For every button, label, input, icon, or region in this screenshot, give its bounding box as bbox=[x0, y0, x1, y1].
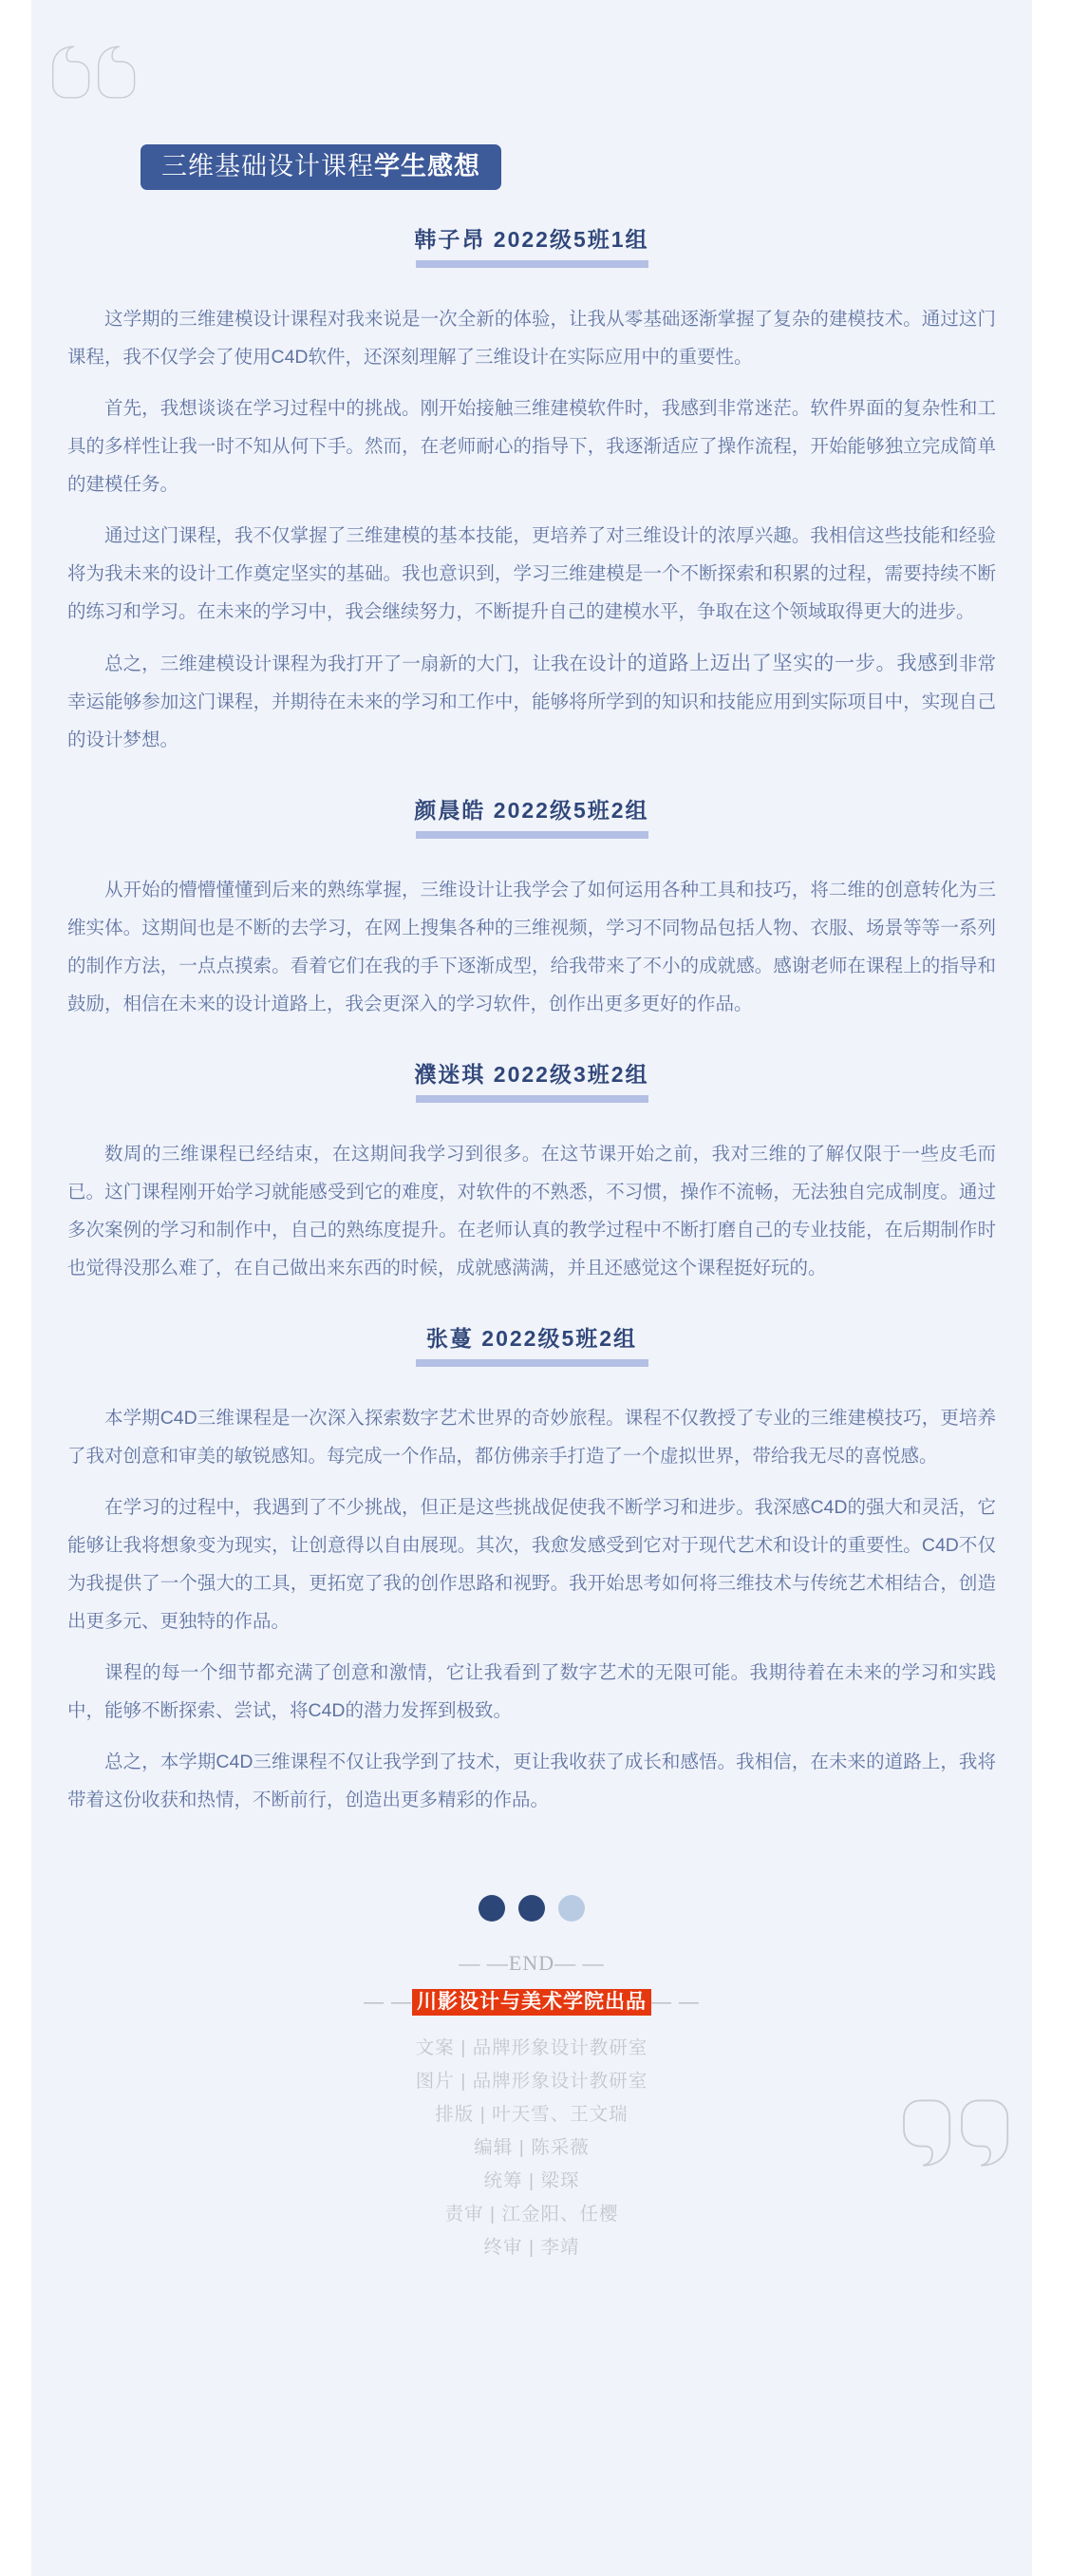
paragraph: 在学习的过程中，我遇到了不少挑战，但正是这些挑战促使我不断学习和进步。我深感C4… bbox=[67, 1488, 996, 1640]
paragraph: 总之，本学期C4D三维课程不仅让我学到了技术，更让我收获了成长和感悟。我相信，在… bbox=[67, 1743, 996, 1819]
article-page: 三维基础设计课程学生感想 韩子昂 2022级5班1组 这学期的三维建模设计课程对… bbox=[0, 0, 1070, 2576]
paragraph: 通过这门课程，我不仅掌握了三维建模的基本技能，更培养了对三维设计的浓厚兴趣。我相… bbox=[67, 517, 996, 631]
credit-copywriting: 文案 | 品牌形象设计教研室 bbox=[31, 2032, 1032, 2065]
dot-light bbox=[558, 1895, 585, 1922]
header-underline bbox=[416, 1359, 648, 1367]
credit-images: 图片 | 品牌形象设计教研室 bbox=[31, 2065, 1032, 2098]
paragraph: 本学期C4D三维课程是一次深入探索数字艺术世界的奇妙旅程。课程不仅教授了专业的三… bbox=[67, 1399, 996, 1475]
credit-editor: 编辑 | 陈采薇 bbox=[31, 2131, 1032, 2165]
end-divider: — —END— — bbox=[31, 1952, 1032, 1975]
dot-dark-1 bbox=[479, 1895, 505, 1922]
student-3-header: 濮迷琪 2022级3班2组 bbox=[31, 1061, 1032, 1103]
closing-pre: 总之，三维建模设计课程为我打开了一扇新的大门，让我在设 bbox=[104, 653, 607, 674]
student-2-name: 颜晨皓 2022级5班2组 bbox=[31, 797, 1032, 824]
credit-final-reviewer: 终审 | 李靖 bbox=[31, 2231, 1032, 2264]
content-panel: 三维基础设计课程学生感想 韩子昂 2022级5班1组 这学期的三维建模设计课程对… bbox=[31, 0, 1032, 2576]
student-1-name: 韩子昂 2022级5班1组 bbox=[31, 226, 1032, 253]
page-title-regular: 三维基础设计课程 bbox=[161, 152, 374, 180]
credits-list: 文案 | 品牌形象设计教研室 图片 | 品牌形象设计教研室 排版 | 叶天雪、王… bbox=[31, 2032, 1032, 2264]
pagination-dots bbox=[31, 1895, 1032, 1935]
page-title-badge: 三维基础设计课程学生感想 bbox=[141, 144, 501, 190]
page-title-bold: 学生感想 bbox=[374, 152, 480, 180]
student-3-text: 数周的三维课程已经结束，在这期间我学习到很多。在这节课开始之前，我对三维的了解仅… bbox=[67, 1135, 996, 1287]
section-student-2: 颜晨皓 2022级5班2组 从开始的懵懵懂懂到后来的熟练掌握，三维设计让我学会了… bbox=[31, 797, 1032, 1023]
header-underline bbox=[416, 831, 648, 839]
close-quote-icon bbox=[901, 2092, 1017, 2179]
production-dash-left: — — bbox=[364, 1991, 412, 2013]
paragraph: 课程的每一个细节都充满了创意和激情，它让我看到了数字艺术的无限可能。我期待着在未… bbox=[67, 1654, 996, 1730]
paragraph: 首先，我想谈谈在学习过程中的挑战。刚开始接触三维建模软件时，我感到非常迷茫。软件… bbox=[67, 389, 996, 503]
production-line: — —川影设计与美术学院出品— — bbox=[31, 1988, 1032, 2017]
header-underline bbox=[416, 1095, 648, 1103]
paragraph: 总之，三维建模设计课程为我打开了一扇新的大门，让我在设计的道路上迈出了坚实的一步… bbox=[67, 644, 996, 759]
student-4-header: 张蔓 2022级5班2组 bbox=[31, 1325, 1032, 1367]
section-student-1: 韩子昂 2022级5班1组 这学期的三维建模设计课程对我来说是一次全新的体验，让… bbox=[31, 226, 1032, 759]
student-1-header: 韩子昂 2022级5班1组 bbox=[31, 226, 1032, 268]
student-4-text: 本学期C4D三维课程是一次深入探索数字艺术世界的奇妙旅程。课程不仅教授了专业的三… bbox=[67, 1399, 996, 1819]
student-2-text: 从开始的懵懵懂懂到后来的熟练掌握，三维设计让我学会了如何运用各种工具和技巧，将二… bbox=[67, 871, 996, 1023]
student-1-text: 这学期的三维建模设计课程对我来说是一次全新的体验，让我从零基础逐渐掌握了复杂的建… bbox=[67, 300, 996, 759]
student-2-header: 颜晨皓 2022级5班2组 bbox=[31, 797, 1032, 839]
paragraph: 从开始的懵懵懂懂到后来的熟练掌握，三维设计让我学会了如何运用各种工具和技巧，将二… bbox=[67, 871, 996, 1023]
credit-layout: 排版 | 叶天雪、王文瑞 bbox=[31, 2098, 1032, 2131]
production-label: 川影设计与美术学院出品 bbox=[412, 1989, 651, 2016]
header-underline bbox=[416, 260, 648, 268]
closing-alt-font: 计的道路上迈出了坚实的一步。我感到 bbox=[607, 652, 959, 674]
paragraph: 数周的三维课程已经结束，在这期间我学习到很多。在这节课开始之前，我对三维的了解仅… bbox=[67, 1135, 996, 1287]
production-dash-right: — — bbox=[651, 1991, 700, 2013]
section-student-4: 张蔓 2022级5班2组 本学期C4D三维课程是一次深入探索数字艺术世界的奇妙旅… bbox=[31, 1325, 1032, 1819]
open-quote-icon bbox=[46, 27, 137, 114]
student-3-name: 濮迷琪 2022级3班2组 bbox=[31, 1061, 1032, 1088]
student-4-name: 张蔓 2022级5班2组 bbox=[31, 1325, 1032, 1352]
credit-reviewer: 责审 | 江金阳、任樱 bbox=[31, 2198, 1032, 2231]
dot-dark-2 bbox=[518, 1895, 545, 1922]
paragraph: 这学期的三维建模设计课程对我来说是一次全新的体验，让我从零基础逐渐掌握了复杂的建… bbox=[67, 300, 996, 376]
credit-coordinator: 统筹 | 梁琛 bbox=[31, 2165, 1032, 2198]
section-student-3: 濮迷琪 2022级3班2组 数周的三维课程已经结束，在这期间我学习到很多。在这节… bbox=[31, 1061, 1032, 1287]
